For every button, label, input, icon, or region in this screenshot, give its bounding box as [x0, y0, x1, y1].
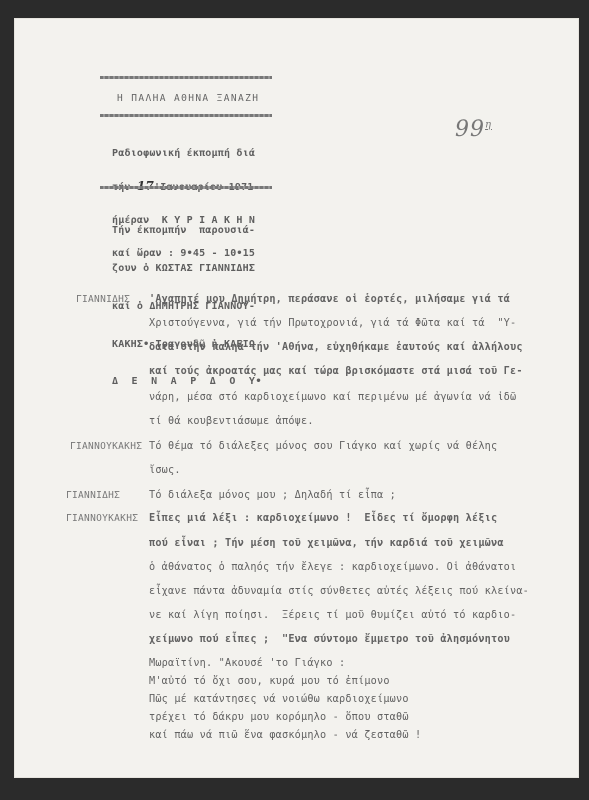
- dialogue-line: χείμωνο πού εἶπες ; "Ενα σύντομο ἔμμετρο…: [149, 634, 510, 645]
- dialogue-line: πού εἶναι ; Τήν μέση τοῦ χειμῶνα, τήν κα…: [149, 538, 504, 549]
- dialogue-line: δατα στήν παληά τήν 'Αθήνα, εὐχηθήκαμε ἑ…: [149, 342, 523, 353]
- presenters-line: Τήν έκπομπήν παρουσιά-: [112, 225, 262, 238]
- handwritten-page-number: 99η: [455, 117, 492, 142]
- presenters-line: Δ Ε Ν Α Ρ Δ Ο Υ•: [112, 376, 262, 389]
- speaker-label: ΓΙΑΝΝΙΔΗΣ: [76, 294, 130, 305]
- dialogue-line: καί τούς ἀκροατάς μας καί τώρα βρισκόμασ…: [149, 366, 523, 377]
- header-rule-lower: [100, 186, 272, 189]
- speaker-label: ΓΙΑΝΝΙΔΗΣ: [66, 490, 120, 501]
- dialogue-line: τί θά κουβεντιάσωμε ἀπόψε.: [149, 416, 314, 427]
- speaker-label: ΓΙΑΝΝΟΥΚΑΚΗΣ: [66, 513, 138, 524]
- dialogue-line: εἶχανε πάντα ἀδυναμία στίς σύνθετες αὐτέ…: [149, 586, 529, 597]
- dialogue-line: νε καί λίγη ποίησι. Ξέρεις τί μοῦ θυμίζε…: [149, 610, 516, 621]
- header-rule-middle: [100, 114, 272, 117]
- broadcast-line: Ραδιοφωνική έκπομπή διά: [112, 148, 255, 159]
- dialogue-line: Εἶπες μιά λέξι : καρδιοχείμωνο ! Εἶδες τ…: [149, 513, 497, 524]
- dialogue-line: ἴσως.: [149, 465, 181, 476]
- dialogue-line: Χριστούγεννα, γιά τήν Πρωτοχρονιά, γιά τ…: [149, 318, 516, 329]
- dialogue-line: νάρη, μέσα στό καρδιοχείμωνο καί περιμέν…: [149, 392, 516, 403]
- dialogue-line: Μωραϊτίνη. "Ακουσέ 'το Γιάγκο :: [149, 658, 345, 669]
- poem-line: Μ'αὐτό τό ὄχι σου, κυρά μου τό ἐπίμονο: [149, 676, 390, 687]
- poem-line: τρέχει τό δάκρυ μου κορόμηλο - ὅπου σταθ…: [149, 712, 409, 723]
- dialogue-line: Τό θέμα τό διάλεξες μόνος σου Γιάγκο καί…: [149, 441, 497, 452]
- poem-line: Πῶς μέ κατάντησες νά νοιώθω καρδιοχείμων…: [149, 694, 409, 705]
- program-title: Η ΠΑΛΗΑ ΑΘΗΝΑ ΞΑΝΑΖΗ: [117, 93, 259, 104]
- dialogue-line: Τό διάλεξα μόνος μου ; Δηλαδή τί εἶπα ;: [149, 490, 396, 501]
- dialogue-line: 'Αγαπητέ μου Δημήτρη, περάσανε οἱ ἑορτές…: [149, 294, 510, 305]
- speaker-label: ΓΙΑΝΝΟΥΚΑΚΗΣ: [70, 441, 142, 452]
- poem-line: καί πάω νά πιῶ ἕνα φασκόμηλο - νά ζεσταθ…: [149, 730, 421, 741]
- header-rule-top: [100, 76, 272, 79]
- dialogue-line: ὁ ἀθάνατος ὁ παληός τήν ἔλεγε : καρδιοχε…: [149, 562, 516, 573]
- presenters-line: ζουν ὁ ΚΩΣΤΑΣ ΓΙΑΝΝΙΔΗΣ: [112, 263, 262, 276]
